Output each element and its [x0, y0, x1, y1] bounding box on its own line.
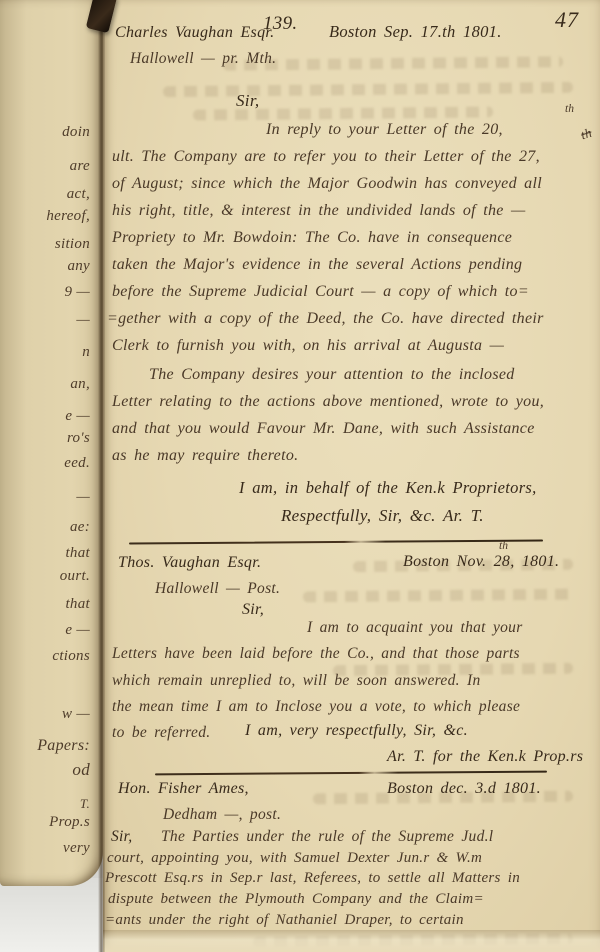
salutation: Sir, — [111, 828, 132, 846]
body-line: ult. The Company are to refer you to the… — [112, 148, 540, 166]
margin-fragment: ourt. — [60, 568, 90, 585]
superscript-th: th — [565, 103, 574, 115]
ink-bleed-through — [303, 589, 573, 603]
facing-page-edge: doin are act, hereof, sition any 9 — — n… — [0, 0, 103, 886]
letterbook-page: Charles Vaughan Esqr. 139. Boston Sep. 1… — [103, 0, 600, 952]
body-line: as he may require thereto. — [112, 447, 298, 465]
body-line: Propriety to Mr. Bowdoin: The Co. have i… — [112, 229, 512, 247]
margin-fragment: 9 — — [65, 284, 91, 301]
closing-line: Respectfully, Sir, &c. Ar. T. — [281, 506, 484, 526]
margin-fragment: sition — [55, 236, 90, 253]
margin-fragment: eed. — [64, 455, 90, 472]
margin-fragment: that — [65, 596, 90, 613]
struck-out-text: th — [579, 125, 594, 144]
body-line: The Company desires your attention to th… — [149, 366, 515, 384]
superscript-th: th — [499, 540, 508, 552]
address-line: Dedham —, post. — [163, 806, 281, 824]
body-line: The Parties under the rule of the Suprem… — [161, 828, 493, 846]
closing-line: I am, very respectfully, Sir, &c. — [245, 722, 468, 740]
margin-fragment: ctions — [52, 648, 90, 665]
dateline: Boston Sep. 17.th 1801. — [329, 22, 502, 42]
body-line: which remain unreplied to, will be soon … — [112, 672, 481, 690]
body-line: the mean time I am to Inclose you a vote… — [112, 698, 520, 716]
body-line: I am to acquaint you that your — [307, 619, 523, 637]
margin-fragment: any — [67, 258, 90, 275]
page-number: 47 — [555, 7, 579, 33]
ink-bleed-through — [163, 82, 573, 97]
closing-line: Ar. T. for the Ken.k Prop.rs — [387, 748, 583, 766]
dateline: Boston dec. 3.d 1801. — [387, 780, 541, 798]
margin-fragment: hereof, — [46, 208, 90, 225]
body-line: Prescott Esq.rs in Sep.r last, Referees,… — [105, 870, 520, 887]
body-line: of August; since which the Major Goodwin… — [112, 175, 542, 193]
margin-fragment: w — — [62, 706, 90, 723]
margin-fragment: very — [63, 840, 90, 857]
margin-fragment: e — — [65, 408, 90, 425]
margin-fragment: — — [76, 489, 90, 506]
margin-fragment: are — [70, 158, 90, 175]
margin-fragment: T. — [80, 796, 90, 812]
margin-fragment: Prop.s — [49, 814, 90, 831]
photo-backdrop — [0, 878, 104, 952]
margin-fragment: Papers: — [37, 737, 90, 755]
body-line: taken the Major's evidence in the severa… — [112, 256, 522, 274]
body-line: =ants under the right of Nathaniel Drape… — [105, 912, 464, 929]
entry-number: 139. — [263, 13, 297, 35]
body-line: dispute between the Plymouth Company and… — [108, 891, 484, 908]
recipient-name: Hon. Fisher Ames, — [118, 780, 249, 798]
body-line: In reply to your Letter of the 20, — [266, 121, 503, 139]
salutation: Sir, — [236, 91, 259, 111]
body-line: Letters have been laid before the Co., a… — [112, 645, 520, 663]
page-bottom-edge — [103, 930, 600, 952]
address-line: Hallowell — Post. — [155, 580, 280, 598]
body-line: =gether with a copy of the Deed, the Co.… — [107, 310, 544, 328]
recipient-name: Charles Vaughan Esqr. — [115, 24, 274, 42]
margin-fragment: that — [65, 545, 90, 562]
letterbook-photo: { "theme": { "paper": "#e6d8b2", "facing… — [0, 0, 600, 952]
margin-fragment: act, — [67, 186, 90, 203]
body-line: to be referred. — [112, 724, 210, 742]
salutation: Sir, — [242, 601, 264, 619]
margin-fragment: od — [72, 760, 90, 780]
address-line: Hallowell — pr. Mth. — [130, 50, 276, 68]
margin-fragment: an, — [70, 376, 90, 393]
body-line: Letter relating to the actions above men… — [112, 393, 544, 411]
body-line: and that you would Favour Mr. Dane, with… — [112, 420, 535, 438]
margin-fragment: e — — [65, 622, 90, 639]
closing-line: I am, in behalf of the Ken.k Proprietors… — [239, 478, 537, 498]
recipient-name: Thos. Vaughan Esqr. — [118, 554, 261, 572]
margin-fragment: n — [82, 344, 90, 361]
body-line: court, appointing you, with Samuel Dexte… — [107, 850, 482, 867]
margin-fragment: ro's — [67, 430, 90, 447]
separator-rule — [129, 540, 543, 545]
margin-fragment: doin — [62, 124, 90, 141]
dateline: Boston Nov. 28, 1801. — [403, 553, 559, 571]
body-line: before the Supreme Judicial Court — a co… — [112, 283, 529, 301]
body-line: Clerk to furnish you with, on his arriva… — [112, 337, 504, 355]
book-gutter — [98, 0, 105, 952]
margin-fragment: ae: — [70, 519, 90, 536]
body-line: his right, title, & interest in the undi… — [112, 202, 526, 220]
margin-fragment: — — [76, 312, 90, 329]
separator-rule — [155, 771, 547, 776]
